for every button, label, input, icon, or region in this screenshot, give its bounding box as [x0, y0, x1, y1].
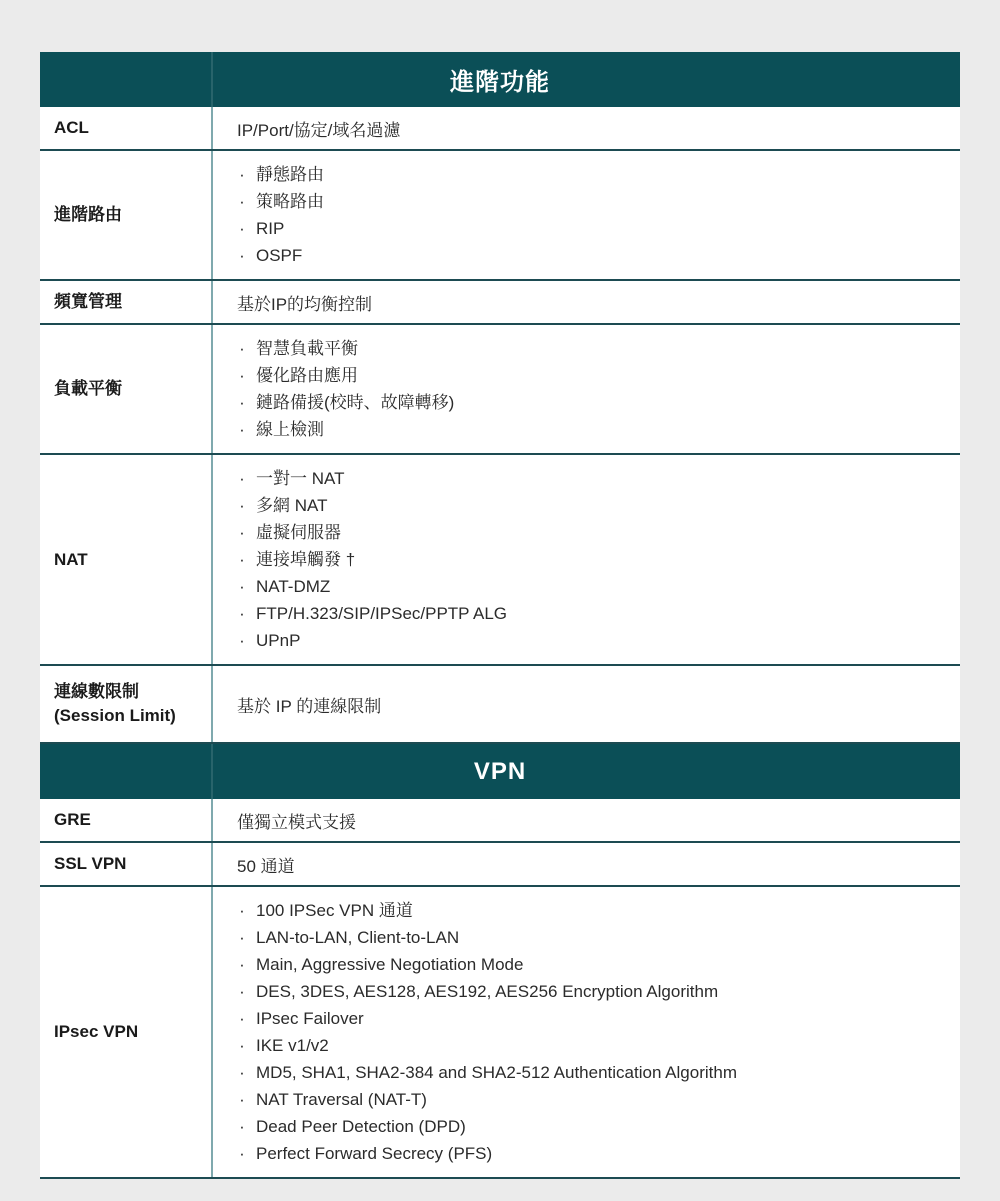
list-item: ·Dead Peer Detection (DPD) [237, 1113, 948, 1140]
list-item-text: 鏈路備援(校時、故障轉移) [256, 389, 948, 416]
section-title: VPN [474, 758, 526, 786]
list-item-text: Main, Aggressive Negotiation Mode [256, 951, 948, 978]
bullet-icon: · [237, 161, 247, 188]
list-item: ·NAT Traversal (NAT-T) [237, 1086, 948, 1113]
bullet-icon: · [237, 1140, 247, 1167]
list-item: ·RIP [237, 215, 948, 242]
bullet-list: ·智慧負載平衡·優化路由應用·鏈路備援(校時、故障轉移)·線上檢測 [213, 325, 960, 453]
spec-table: 進階功能ACLIP/Port/協定/域名過濾進階路由·靜態路由·策略路由·RIP… [40, 52, 960, 1179]
list-item-text: 策略路由 [256, 188, 948, 215]
bullet-icon: · [237, 978, 247, 1005]
list-item-text: 連接埠觸發 † [256, 546, 948, 573]
row-label-text: 進階路由 [54, 203, 203, 227]
list-item-text: UPnP [256, 627, 948, 654]
row-label: NAT [40, 455, 213, 664]
header-column-divider [211, 52, 213, 107]
list-item-text: 多網 NAT [256, 492, 948, 519]
table-row: SSL VPN50 通道 [40, 843, 960, 887]
list-item: ·100 IPSec VPN 通道 [237, 897, 948, 924]
row-label-text: 負載平衡 [54, 377, 203, 401]
row-label: ACL [40, 107, 213, 149]
bullet-icon: · [237, 1005, 247, 1032]
row-label-text: GRE [54, 808, 203, 832]
row-label: 進階路由 [40, 151, 213, 279]
table-row: NAT·一對一 NAT·多網 NAT·虛擬伺服器·連接埠觸發 †·NAT-DMZ… [40, 455, 960, 666]
bullet-icon: · [237, 627, 247, 654]
list-item: ·靜態路由 [237, 161, 948, 188]
bullet-icon: · [237, 416, 247, 443]
bullet-icon: · [237, 362, 247, 389]
row-label-text: IPsec VPN [54, 1020, 203, 1044]
bullet-list: ·靜態路由·策略路由·RIP·OSPF [213, 151, 960, 279]
table-row: 連線數限制(Session Limit)基於 IP 的連線限制 [40, 666, 960, 744]
table-row: 進階路由·靜態路由·策略路由·RIP·OSPF [40, 151, 960, 281]
list-item-text: OSPF [256, 242, 948, 269]
row-content: IP/Port/協定/域名過濾 [213, 107, 960, 149]
list-item-text: DES, 3DES, AES128, AES192, AES256 Encryp… [256, 978, 948, 1005]
table-row: IPsec VPN·100 IPSec VPN 通道·LAN-to-LAN, C… [40, 887, 960, 1179]
bullet-icon: · [237, 492, 247, 519]
bullet-icon: · [237, 1086, 247, 1113]
bullet-icon: · [237, 573, 247, 600]
list-item: ·Main, Aggressive Negotiation Mode [237, 951, 948, 978]
row-content: 基於 IP 的連線限制 [213, 666, 960, 742]
list-item-text: RIP [256, 215, 948, 242]
list-item-text: 100 IPSec VPN 通道 [256, 897, 948, 924]
list-item: ·UPnP [237, 627, 948, 654]
list-item-text: 虛擬伺服器 [256, 519, 948, 546]
list-item-text: Dead Peer Detection (DPD) [256, 1113, 948, 1140]
list-item: ·線上檢測 [237, 416, 948, 443]
bullet-icon: · [237, 188, 247, 215]
row-text: 基於IP的均衡控制 [237, 290, 948, 315]
bullet-icon: · [237, 389, 247, 416]
section-header: 進階功能 [40, 52, 960, 107]
bullet-icon: · [237, 1059, 247, 1086]
list-item: ·多網 NAT [237, 492, 948, 519]
row-label: GRE [40, 799, 213, 841]
table-row: 頻寬管理基於IP的均衡控制 [40, 281, 960, 325]
bullet-list: ·一對一 NAT·多網 NAT·虛擬伺服器·連接埠觸發 †·NAT-DMZ·FT… [213, 455, 960, 664]
row-label-text: 頻寬管理 [54, 290, 203, 314]
row-label: IPsec VPN [40, 887, 213, 1177]
header-column-divider [211, 744, 213, 799]
list-item: ·OSPF [237, 242, 948, 269]
list-item: ·NAT-DMZ [237, 573, 948, 600]
list-item: ·優化路由應用 [237, 362, 948, 389]
section-title: 進階功能 [450, 62, 550, 97]
bullet-icon: · [237, 897, 247, 924]
list-item-text: 線上檢測 [256, 416, 948, 443]
bullet-icon: · [237, 600, 247, 627]
list-item: ·鏈路備援(校時、故障轉移) [237, 389, 948, 416]
table-row: GRE僅獨立模式支援 [40, 799, 960, 843]
page: 進階功能ACLIP/Port/協定/域名過濾進階路由·靜態路由·策略路由·RIP… [0, 0, 1000, 1201]
list-item-text: NAT Traversal (NAT-T) [256, 1086, 948, 1113]
list-item-text: 靜態路由 [256, 161, 948, 188]
list-item-text: NAT-DMZ [256, 573, 948, 600]
row-content: 僅獨立模式支援 [213, 799, 960, 841]
list-item: ·FTP/H.323/SIP/IPSec/PPTP ALG [237, 600, 948, 627]
bullet-icon: · [237, 924, 247, 951]
bullet-icon: · [237, 1032, 247, 1059]
row-label-text: SSL VPN [54, 852, 203, 876]
bullet-icon: · [237, 465, 247, 492]
bullet-icon: · [237, 1113, 247, 1140]
list-item: ·一對一 NAT [237, 465, 948, 492]
row-label: SSL VPN [40, 843, 213, 885]
table-row: ACLIP/Port/協定/域名過濾 [40, 107, 960, 151]
list-item-text: 一對一 NAT [256, 465, 948, 492]
bullet-icon: · [237, 546, 247, 573]
row-label: 頻寬管理 [40, 281, 213, 323]
list-item: ·LAN-to-LAN, Client-to-LAN [237, 924, 948, 951]
list-item: ·DES, 3DES, AES128, AES192, AES256 Encry… [237, 978, 948, 1005]
list-item-text: MD5, SHA1, SHA2-384 and SHA2-512 Authent… [256, 1059, 948, 1086]
list-item-text: LAN-to-LAN, Client-to-LAN [256, 924, 948, 951]
list-item: ·虛擬伺服器 [237, 519, 948, 546]
bullet-icon: · [237, 335, 247, 362]
list-item: ·策略路由 [237, 188, 948, 215]
list-item: ·連接埠觸發 † [237, 546, 948, 573]
list-item-text: FTP/H.323/SIP/IPSec/PPTP ALG [256, 600, 948, 627]
row-label-text: ACL [54, 116, 203, 140]
bullet-icon: · [237, 215, 247, 242]
row-text: 基於 IP 的連線限制 [237, 692, 948, 717]
list-item: ·智慧負載平衡 [237, 335, 948, 362]
row-label: 連線數限制(Session Limit) [40, 666, 213, 742]
list-item-text: Perfect Forward Secrecy (PFS) [256, 1140, 948, 1167]
table-row: 負載平衡·智慧負載平衡·優化路由應用·鏈路備援(校時、故障轉移)·線上檢測 [40, 325, 960, 455]
list-item-text: IPsec Failover [256, 1005, 948, 1032]
row-content: 50 通道 [213, 843, 960, 885]
row-content: 基於IP的均衡控制 [213, 281, 960, 323]
bullet-list: ·100 IPSec VPN 通道·LAN-to-LAN, Client-to-… [213, 887, 960, 1177]
list-item: ·Perfect Forward Secrecy (PFS) [237, 1140, 948, 1167]
row-label-text: 連線數限制 [54, 680, 203, 704]
list-item: ·MD5, SHA1, SHA2-384 and SHA2-512 Authen… [237, 1059, 948, 1086]
list-item-text: IKE v1/v2 [256, 1032, 948, 1059]
list-item-text: 優化路由應用 [256, 362, 948, 389]
list-item: ·IPsec Failover [237, 1005, 948, 1032]
row-text: 50 通道 [237, 852, 948, 877]
row-label: 負載平衡 [40, 325, 213, 453]
bullet-icon: · [237, 951, 247, 978]
section-header: VPN [40, 744, 960, 799]
list-item: ·IKE v1/v2 [237, 1032, 948, 1059]
list-item-text: 智慧負載平衡 [256, 335, 948, 362]
bullet-icon: · [237, 519, 247, 546]
row-label-sub: (Session Limit) [54, 704, 203, 728]
row-label-text: NAT [54, 548, 203, 572]
row-text: 僅獨立模式支援 [237, 808, 948, 833]
bullet-icon: · [237, 242, 247, 269]
row-text: IP/Port/協定/域名過濾 [237, 116, 948, 141]
